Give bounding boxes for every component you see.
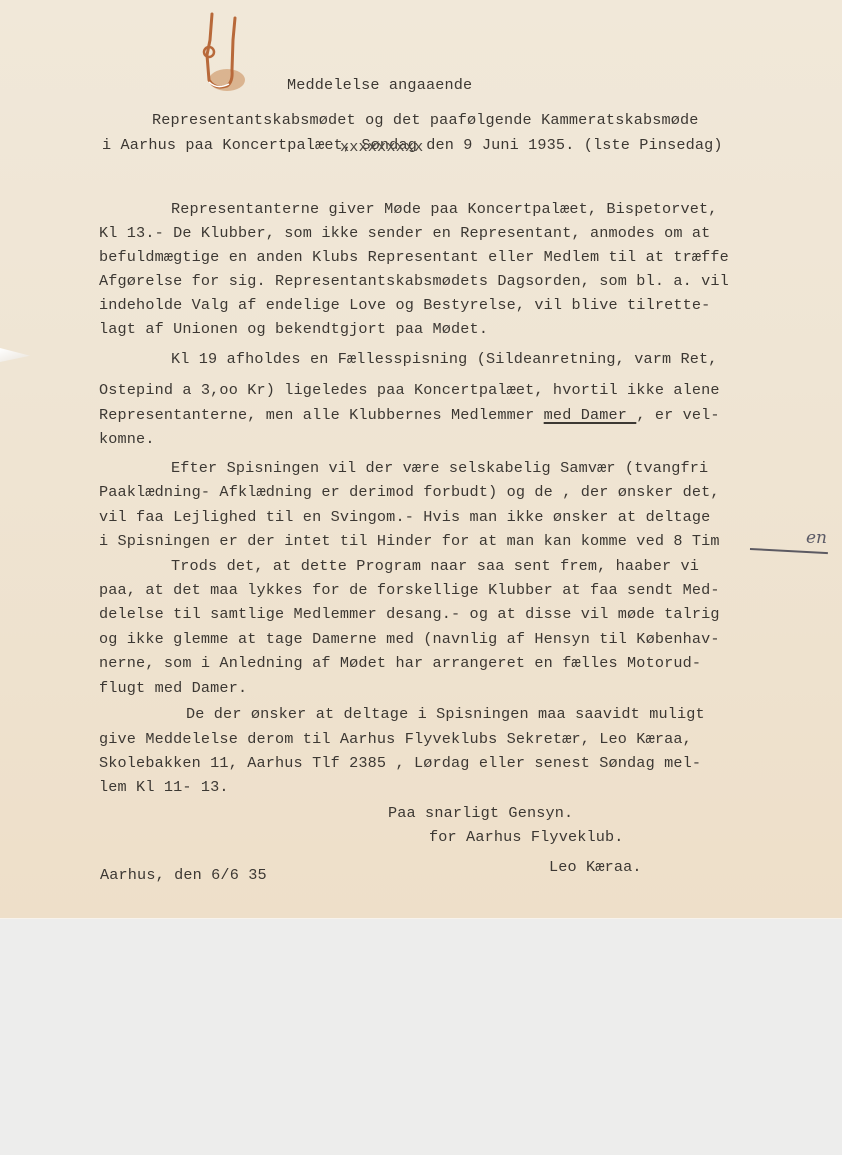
underlined-phrase: med Damer	[544, 406, 637, 424]
p3-line-3: vil faa Lejlighed til en Svingom.- Hvis …	[99, 508, 710, 526]
p4-line-3: delelse til samtlige Medlemmer desang.- …	[99, 605, 720, 623]
title-line-2: Representantskabsmødet og det paafølgend…	[152, 111, 699, 129]
p1-line-6: lagt af Unionen og bekendtgjort paa Møde…	[99, 320, 488, 338]
p2-line-3-pre: Representanterne, men alle Klubbernes Me…	[99, 406, 544, 424]
rusty-paperclip-icon	[195, 10, 255, 92]
closing-greeting: Paa snarligt Gensyn.	[388, 804, 573, 822]
title-line-1: Meddelelse angaaende	[287, 76, 472, 94]
p4-line-6: flugt med Damer.	[99, 679, 247, 697]
p1-line-4: Afgørelse for sig. Representantskabsmøde…	[99, 272, 729, 290]
p3-line-1: Efter Spisningen vil der være selskabeli…	[171, 459, 708, 477]
folded-corner	[0, 348, 30, 362]
p5-line-2: give Meddelelse derom til Aarhus Flyvekl…	[99, 730, 692, 748]
p2-line-4: komne.	[99, 430, 155, 448]
p1-line-5: indeholde Valg af endelige Love og Besty…	[99, 296, 710, 314]
p4-line-2: paa, at det maa lykkes for de forskellig…	[99, 581, 720, 599]
p5-line-1: De der ønsker at deltage i Spisningen ma…	[186, 705, 705, 723]
p5-line-4: lem Kl 11- 13.	[99, 778, 229, 796]
p3-line-2: Paaklædning- Afklædning er derimod forbu…	[99, 483, 720, 501]
p1-line-3: befuldmægtige en anden Klubs Representan…	[99, 248, 729, 266]
separator: xxxxxxxxx	[340, 138, 423, 156]
p5-line-3: Skolebakken 11, Aarhus Tlf 2385 , Lørdag…	[99, 754, 701, 772]
p1-line-1: Representanterne giver Møde paa Koncertp…	[171, 200, 718, 218]
signature: Leo Kæraa.	[549, 858, 642, 876]
p4-line-1: Trods det, at dette Program naar saa sen…	[171, 557, 699, 575]
p2-line-2: Ostepind a 3,oo Kr) ligeledes paa Koncer…	[99, 381, 720, 399]
p2-line-1: Kl 19 afholdes en Fællesspisning (Sildea…	[171, 350, 718, 368]
p2-line-3-post: , er vel-	[636, 406, 719, 424]
place-date: Aarhus, den 6/6 35	[100, 866, 267, 884]
p2-line-3: Representanterne, men alle Klubbernes Me…	[99, 406, 720, 424]
p4-line-4: og ikke glemme at tage Damerne med (navn…	[99, 630, 720, 648]
closing-organization: for Aarhus Flyveklub.	[429, 828, 624, 846]
scan-background	[0, 919, 842, 1155]
p4-line-5: nerne, som i Anledning af Mødet har arra…	[99, 654, 701, 672]
p1-line-2: Kl 13.- De Klubber, som ikke sender en R…	[99, 224, 710, 242]
handwritten-correction: en	[806, 528, 827, 548]
p3-line-4: i Spisningen er der intet til Hinder for…	[99, 532, 720, 550]
letter-page: Meddelelse angaaende Representantskabsmø…	[0, 0, 842, 919]
handwritten-stroke	[750, 548, 828, 554]
